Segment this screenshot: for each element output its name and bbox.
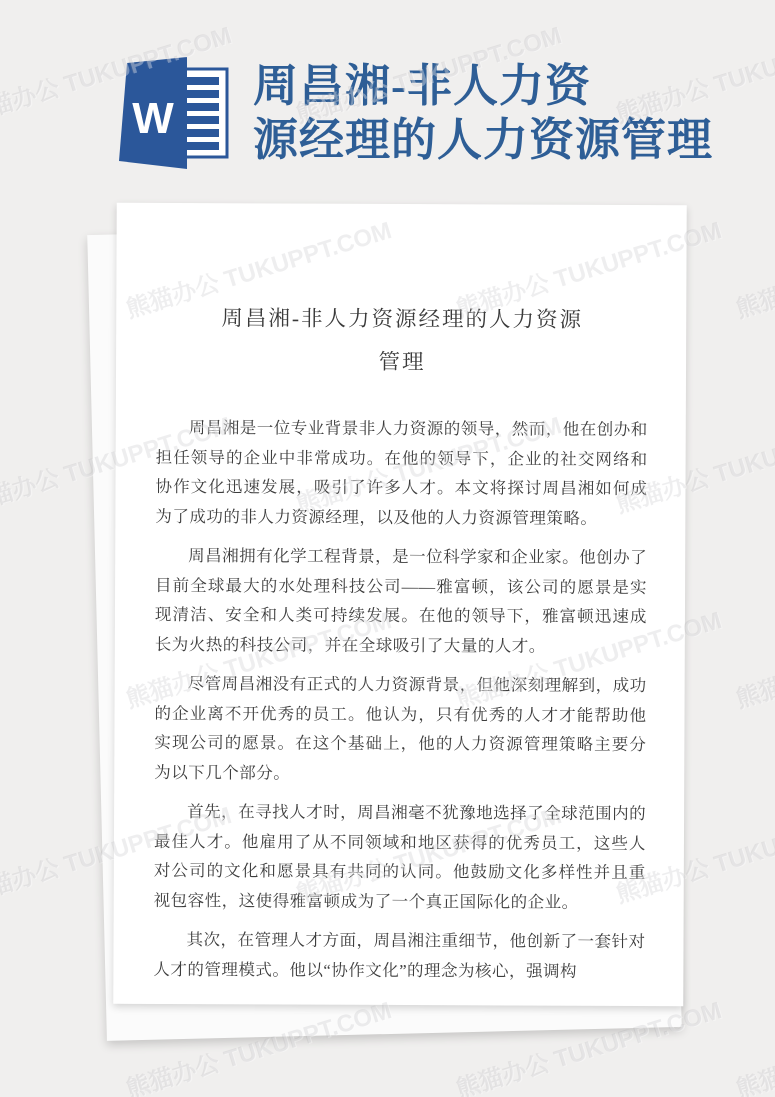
paragraph: 首先，在寻找人才时，周昌湘毫不犹豫地选择了全球范围内的最佳人才。他雇用了从不同领… (154, 797, 647, 917)
document-sheet: 周昌湘-非人力资源经理的人力资源 管理 周昌湘是一位专业背景非人力资源的领导，然… (113, 203, 686, 1006)
watermark-text: 熊猫办公 TUKUPPT.COM (731, 990, 775, 1097)
paragraph: 周昌湘拥有化学工程背景，是一位科学家和企业家。他创办了目前全球最大的水处理科技公… (155, 541, 648, 661)
paragraph: 尽管周昌湘没有正式的人力资源背景，但他深刻理解到，成功的企业离不开优秀的员工。他… (154, 669, 647, 789)
paragraph: 周昌湘是一位专业背景非人力资源的领导，然而，他在创办和担任领导的企业中非常成功。… (155, 413, 648, 533)
document-preview-page: W 周昌湘-非人力资 源经理的人力资源管理 周昌湘-非人力资源经理的人力资源 管… (0, 0, 775, 1097)
document-title-line1: 周昌湘-非人力资源经理的人力资源 (156, 297, 648, 342)
page-title-line1: 周昌湘-非人力资 (253, 59, 713, 113)
word-file-icon: W (113, 57, 235, 169)
page-title-line2: 源经理的人力资源管理 (253, 113, 713, 167)
watermark-text: 熊猫办公 TUKUPPT.COM (731, 600, 775, 714)
watermark-text: 熊猫办公 TUKUPPT.COM (731, 210, 775, 324)
document-body: 周昌湘是一位专业背景非人力资源的领导，然而，他在创办和担任领导的企业中非常成功。… (153, 413, 647, 986)
document-title-line2: 管理 (156, 340, 648, 385)
header: W 周昌湘-非人力资 源经理的人力资源管理 (113, 48, 775, 178)
page-title: 周昌湘-非人力资 源经理的人力资源管理 (253, 59, 713, 167)
document-title: 周昌湘-非人力资源经理的人力资源 管理 (156, 297, 648, 385)
paragraph: 其次，在管理人才方面，周昌湘注重细节，他创新了一套针对人才的管理模式。他以“协作… (153, 925, 645, 986)
svg-text:W: W (132, 94, 174, 143)
